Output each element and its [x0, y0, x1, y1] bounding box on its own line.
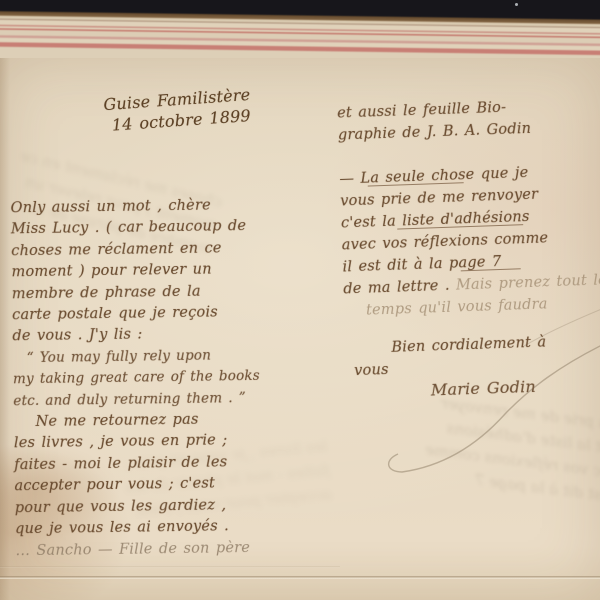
letter-right-column: et aussi le feuille Bio- graphie de J. B…: [337, 94, 600, 405]
paper-crease: [0, 566, 340, 568]
dust-speck: [515, 3, 518, 6]
page-left-shadow: [0, 58, 10, 600]
paper-fold-crease: [0, 576, 600, 579]
letter-heading: Guise Familistère 14 octobre 1899: [103, 85, 253, 135]
letter-page: choses me réclament en ce moment ) pour …: [0, 58, 600, 600]
letter-photograph: choses me réclament en ce moment ) pour …: [0, 0, 600, 600]
letter-line: … Sancho — Fille de son père: [15, 536, 345, 562]
pencil-note: Mais prenez tout le: [456, 272, 600, 293]
letter-left-column: Only aussi un mot , chère Miss Lucy . ( …: [10, 194, 345, 562]
letter-line-segment: de ma lettre .: [343, 278, 450, 298]
